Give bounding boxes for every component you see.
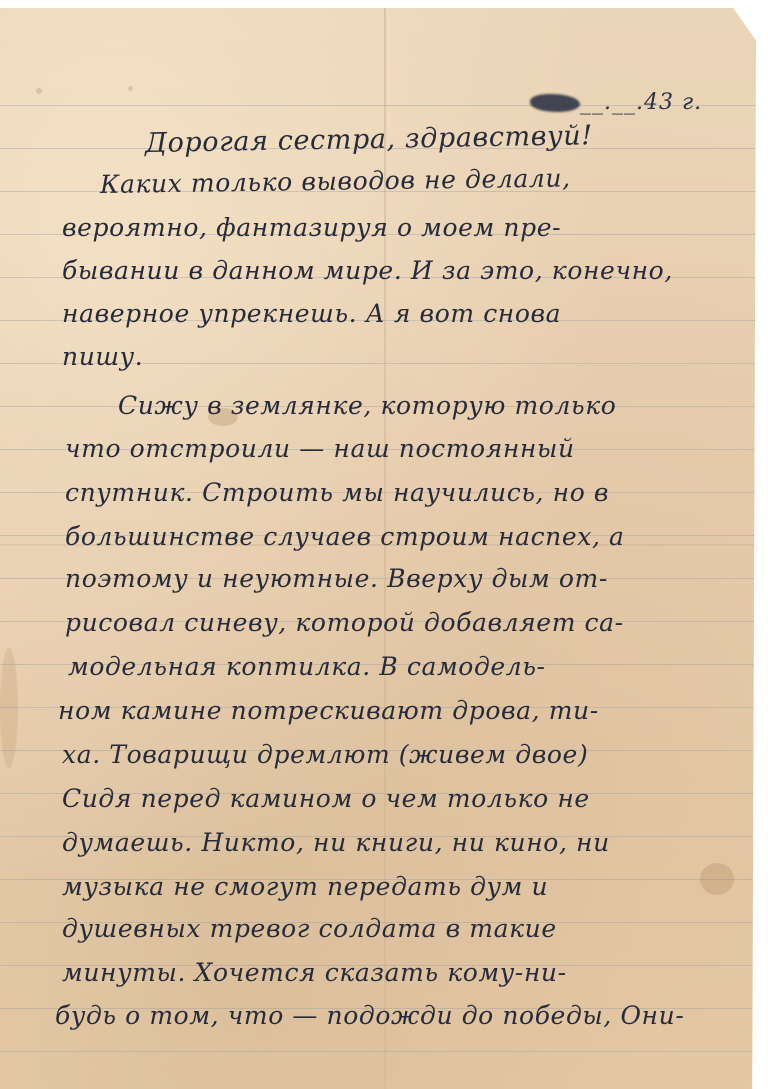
letter-line: минуты. Хочется сказать кому-ни-: [62, 958, 567, 987]
letter-date: __.__.43 г.: [530, 90, 702, 115]
letter-line: ха. Товарищи дремлют (живем двое): [62, 740, 588, 769]
letter-line: будь о том, что — подожди до победы, Они…: [55, 1001, 684, 1030]
letter-line: Сижу в землянке, которую только: [118, 391, 616, 420]
paper-stain: [0, 648, 18, 768]
letter-line: бывании в данном мире. И за это, конечно…: [62, 256, 673, 285]
letter-line: поэтому и неуютные. Вверху дым от-: [65, 564, 608, 593]
letter-line: Каких только выводов не делали,: [100, 163, 571, 199]
paper-stain: [700, 863, 734, 895]
letter-line: Сидя перед камином о чем только не: [62, 784, 590, 813]
paper-spot: [128, 86, 133, 91]
letter-line: душевных тревог солдата в такие: [62, 914, 557, 943]
ink-blot: [530, 94, 580, 112]
letter-line: спутник. Строить мы научились, но в: [65, 478, 609, 507]
letter-greeting: Дорогая сестра, здравствуй!: [145, 120, 593, 159]
letter-line: модельная коптилка. В самодель-: [68, 652, 546, 681]
paper-spot: [36, 88, 42, 94]
letter-line: пишу.: [62, 342, 143, 371]
letter-line: вероятно, фантазируя о моем пре-: [62, 213, 561, 242]
letter-line: что отстроили — наш постоянный: [65, 434, 575, 463]
letter-line: рисовал синеву, которой добавляет са-: [65, 608, 624, 637]
letter-line: большинстве случаев строим наспех, а: [65, 522, 625, 551]
letter-line: думаешь. Никто, ни книги, ни кино, ни: [62, 828, 610, 857]
ruled-line: [0, 1051, 756, 1052]
letter-line: наверное упрекнешь. А я вот снова: [62, 299, 561, 328]
letter-line: ном камине потрескивают дрова, ти-: [58, 696, 599, 725]
letter-line: музыка не смогут передать дум и: [62, 872, 548, 901]
letter-paper: __.__.43 г. Дорогая сестра, здравствуй! …: [0, 8, 756, 1089]
date-text: __.__.43 г.: [580, 90, 702, 115]
